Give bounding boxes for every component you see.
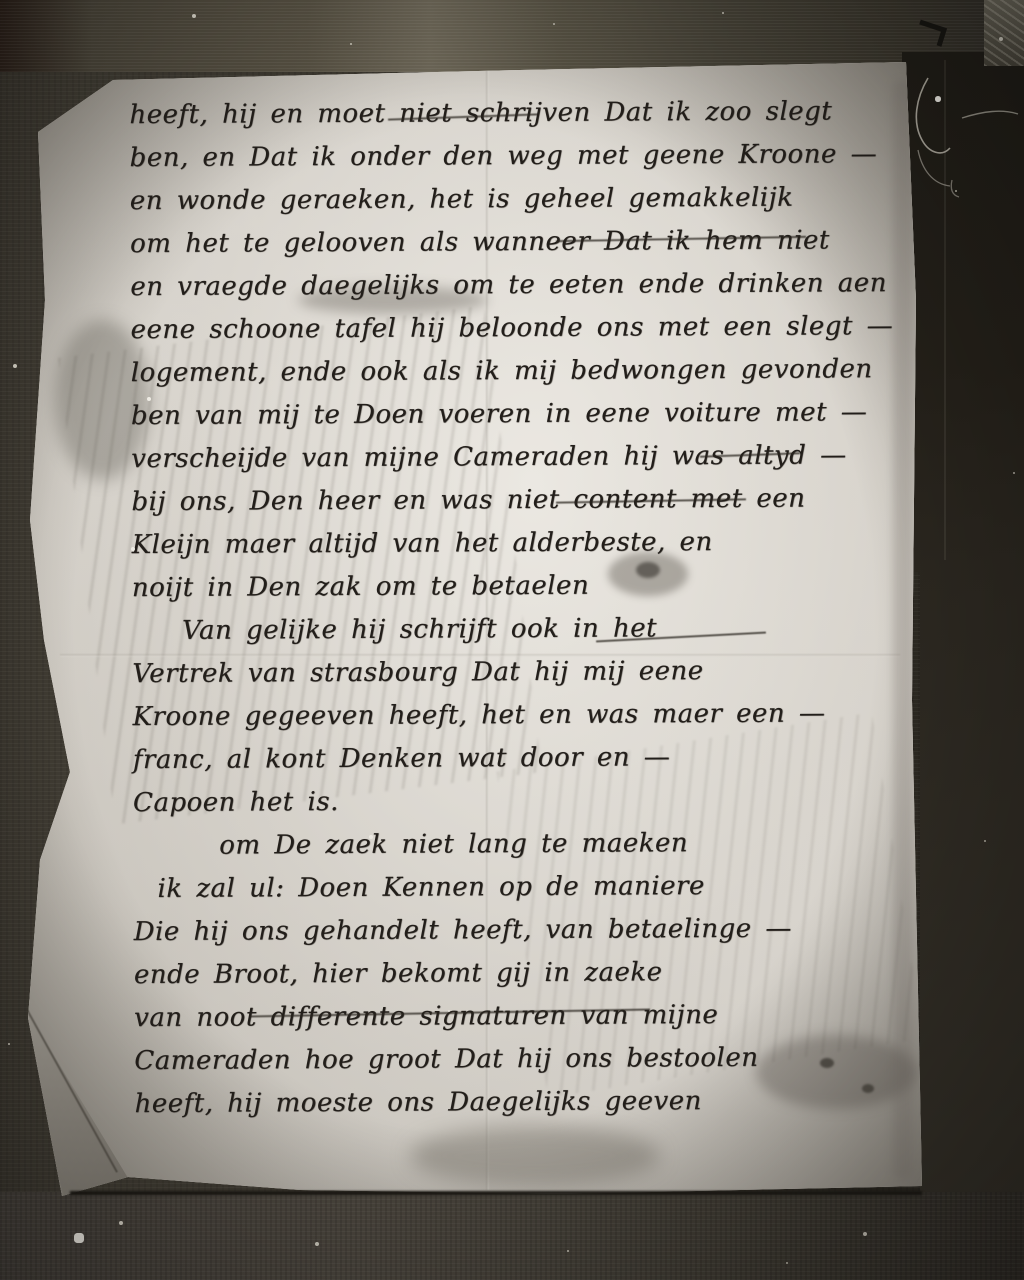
letter-line: Capoen het is. — [133, 778, 933, 825]
letter-line: eene schoone tafel hij beloonde ons met … — [130, 305, 930, 352]
letter-line: Van gelijke hij schrijft ook in het — [182, 606, 932, 653]
photograph-of-manuscript: { "letter": { "lines": [ "heeft, hij en … — [0, 0, 1024, 1280]
scratch-marks — [900, 10, 1024, 230]
dust-specks — [0, 0, 2, 2]
letter-line: heeft, hij moeste ons Daegelijks geeven — [134, 1079, 934, 1126]
letter-line: Vertrek van strasbourg Dat hij mij eene — [132, 649, 932, 696]
backdrop-bottom-strip — [0, 1192, 1024, 1280]
backdrop-top-strip — [0, 0, 1024, 72]
letter-line: Die hij ons gehandelt heeft, van betaeli… — [134, 907, 934, 954]
letter-line: noijt in Den zak om te betaelen — [132, 563, 932, 610]
letter-line: Kroone gegeeven heeft, het en was maer e… — [132, 692, 932, 739]
letter-line: en vraegde daegelijks om te eeten ende d… — [130, 262, 930, 309]
letter-line: en wonde geraeken, het is geheel gemakke… — [130, 176, 930, 223]
backdrop-right-lower-panel — [920, 560, 1024, 1210]
handwritten-text: heeft, hij en moet niet schrijven Dat ik… — [129, 90, 934, 1126]
letter-line: verscheijde van mijne Cameraden hij was … — [131, 434, 931, 481]
letter-line: om De zaek niet lang te maeken — [219, 821, 933, 868]
letter-line: om het te gelooven als wanneer Dat ik he… — [130, 219, 930, 266]
letter-line: ende Broot, hier bekomt gij in zaeke — [134, 950, 934, 997]
letter-line: ben, en Dat ik onder den weg met geene K… — [130, 133, 930, 180]
letter-line: logement, ende ook als ik mij bedwongen … — [131, 348, 931, 395]
letter-line: Kleijn maer altijd van het alderbeste, e… — [132, 520, 932, 567]
letter-line: Cameraden hoe groot Dat hij ons bestoole… — [134, 1036, 934, 1083]
paper-bottom-shadow-line — [70, 1191, 922, 1195]
bottom-smudge — [410, 1125, 660, 1187]
letter-line: ben van mij te Doen voeren in eene voitu… — [131, 391, 931, 438]
letter-page: heeft, hij en moet niet schrijven Dat ik… — [0, 0, 1024, 1280]
letter-line: bij ons, Den heer en was niet content me… — [131, 477, 931, 524]
letter-line: franc, al kont Denken wat door en — — [133, 735, 933, 782]
letter-line: ik zal ul: Doen Kennen op de maniere — [157, 864, 933, 911]
